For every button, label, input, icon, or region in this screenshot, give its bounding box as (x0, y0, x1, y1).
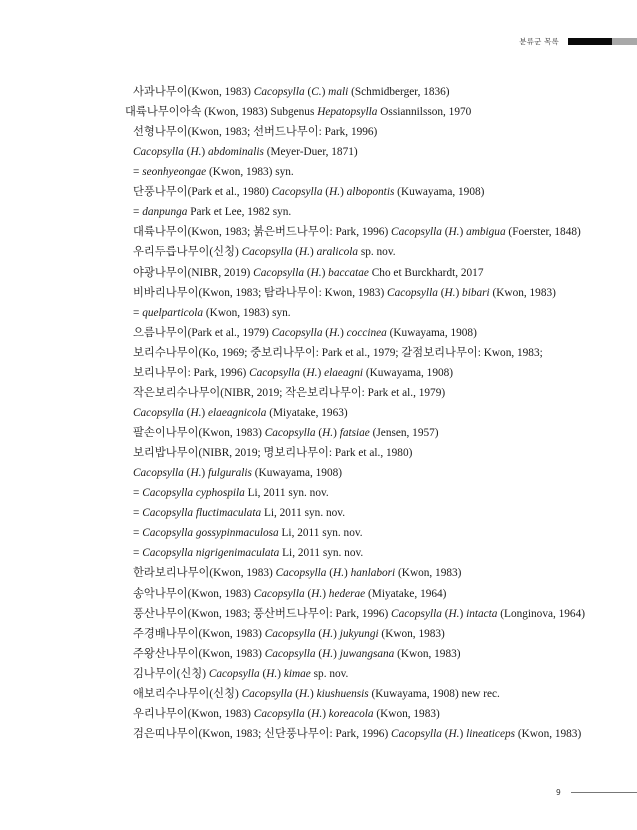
taxon-entry: = danpunga Park et Lee, 1982 syn. (133, 205, 291, 219)
scientific-name: Cacopsylla (391, 226, 442, 238)
taxon-entry: 보리나무이: Park, 1996) Cacopsylla (H.) elaea… (133, 366, 453, 380)
scientific-name: bibari (462, 287, 490, 299)
entry-text: Park et Lee, 1982 syn. (187, 206, 291, 218)
taxon-entry: 우리두릅나무이(신칭) Cacopsylla (H.) aralicola sp… (133, 245, 396, 259)
scientific-name: baccatae (328, 267, 369, 279)
taxon-entry: Cacopsylla (H.) abdominalis (Meyer-Duer,… (133, 145, 358, 159)
taxon-entry: 풍산나무이(Kwon, 1983; 풍산버드나무이: Park, 1996) C… (133, 607, 585, 621)
entry-text: (Kwon, 1983) (395, 567, 461, 579)
entry-text: Cho et Burckhardt, 2017 (369, 267, 484, 279)
entry-text: = (133, 487, 142, 499)
scientific-name: Cacopsylla (133, 407, 184, 419)
scientific-name: Cacopsylla (249, 367, 300, 379)
taxon-entry: 작은보리수나무이(NIBR, 2019; 작은보리나무이: Park et al… (133, 386, 445, 400)
taxon-entry: 팔손이나무이(Kwon, 1983) Cacopsylla (H.) fatsi… (133, 426, 439, 440)
scientific-name: juwangsana (340, 648, 395, 660)
scientific-name: danpunga (142, 206, 187, 218)
entry-text: (Kwon, 1983) (515, 728, 581, 740)
entry-text: (Kuwayama, 1908) (252, 467, 342, 479)
entry-text: 야광나무이(NIBR, 2019) (133, 267, 253, 279)
scientific-name: Cacopsylla (265, 427, 316, 439)
entry-text: (Foerster, 1848) (506, 226, 581, 238)
entry-text: (Miyatake, 1964) (365, 588, 446, 600)
scientific-name: Cacopsylla (253, 267, 304, 279)
entry-text: (Kwon, 1983) syn. (203, 307, 291, 319)
taxon-entry: Cacopsylla (H.) elaeagnicola (Miyatake, … (133, 406, 348, 420)
page-header: 분류군 목록 (519, 34, 637, 48)
scientific-name: Cacopsylla (209, 668, 260, 680)
scientific-name: H. (322, 648, 333, 660)
taxon-entry: 사과나무이(Kwon, 1983) Cacopsylla (C.) mali (… (133, 85, 450, 99)
entry-text: 단풍나무이(Park et al., 1980) (133, 186, 272, 198)
scientific-name: jukyungi (340, 628, 379, 640)
scientific-name: seonhyeongae (142, 166, 206, 178)
entry-text: 사과나무이(Kwon, 1983) (133, 86, 254, 98)
entry-text: 애보리수나무이(신칭) (133, 688, 242, 700)
scientific-name: H. (311, 588, 322, 600)
entry-text: = (133, 527, 142, 539)
scientific-name: hederae (329, 588, 365, 600)
entry-text: (Kwon, 1983) (374, 708, 440, 720)
entry-text: 비바리나무이(Kwon, 1983; 탐라나무이: Kwon, 1983) (133, 287, 387, 299)
entry-text: 우리두릅나무이(신칭) (133, 246, 242, 258)
scientific-name: H. (322, 427, 333, 439)
entry-text: sp. nov. (311, 668, 349, 680)
scientific-name: intacta (466, 608, 497, 620)
entry-text: (Kuwayama, 1908) new rec. (369, 688, 500, 700)
scientific-name: H. (329, 186, 340, 198)
scientific-name: H. (299, 246, 310, 258)
taxon-entry: 검은띠나무이(Kwon, 1983; 신단풍나무이: Park, 1996) C… (133, 727, 581, 741)
entry-text: 주왕산나무이(Kwon, 1983) (133, 648, 265, 660)
scientific-name: H. (190, 407, 201, 419)
scientific-name: ambigua (466, 226, 506, 238)
entry-text: ( (300, 367, 307, 379)
taxon-entry: 야광나무이(NIBR, 2019) Cacopsylla (H.) baccat… (133, 266, 483, 280)
entry-text: (Kwon, 1983) (490, 287, 556, 299)
entry-text: 보리수나무이(Ko, 1969; 중보리나무이: Park et al., 19… (133, 347, 543, 359)
entry-text: (Longinova, 1964) (497, 608, 585, 620)
scientific-name: H. (311, 708, 322, 720)
entry-text: ) (310, 246, 317, 258)
taxon-entry: = seonhyeongae (Kwon, 1983) syn. (133, 165, 294, 179)
scientific-name: Cacopsylla (242, 246, 293, 258)
taxon-entry: = Cacopsylla fluctimaculata Li, 2011 syn… (133, 506, 345, 520)
taxon-entry: Cacopsylla (H.) fulguralis (Kuwayama, 19… (133, 466, 342, 480)
scientific-name: albopontis (347, 186, 395, 198)
scientific-name: H. (448, 728, 459, 740)
scientific-name: H. (311, 267, 322, 279)
taxon-entry: 송악나무이(Kwon, 1983) Cacopsylla (H.) hedera… (133, 587, 446, 601)
entry-text: Li, 2011 syn. nov. (261, 507, 345, 519)
entry-text: (Kuwayama, 1908) (387, 327, 477, 339)
scientific-name: quelparticola (142, 307, 203, 319)
entry-text: ) (333, 427, 340, 439)
scientific-name: Cacopsylla (391, 728, 442, 740)
scientific-name: Cacopsylla (133, 146, 184, 158)
taxon-entry: = Cacopsylla nigrigenimaculata Li, 2011 … (133, 546, 363, 560)
entry-text: (Kuwayama, 1908) (363, 367, 453, 379)
header-bar-light (612, 38, 637, 45)
entry-text: ) (340, 327, 347, 339)
scientific-name: Cacopsylla fluctimaculata (142, 507, 261, 519)
scientific-name: hanlabori (351, 567, 396, 579)
scientific-name: Cacopsylla nigrigenimaculata (142, 547, 279, 559)
entry-text: 대륙나무이(Kwon, 1983; 붉은버드나무이: Park, 1996) (133, 226, 391, 238)
taxon-entry: = Cacopsylla cyphospila Li, 2011 syn. no… (133, 486, 329, 500)
scientific-name: C. (311, 86, 321, 98)
scientific-name: Cacopsylla cyphospila (142, 487, 245, 499)
scientific-name: H. (299, 688, 310, 700)
entry-text: 대륙나무이아속 (Kwon, 1983) Subgenus (125, 106, 317, 118)
entry-text: ) (277, 668, 284, 680)
entry-text: (Kwon, 1983) syn. (206, 166, 294, 178)
header-bar-dark (568, 38, 612, 45)
entry-text: ) (333, 648, 340, 660)
scientific-name: coccinea (347, 327, 387, 339)
scientific-name: elaeagni (324, 367, 363, 379)
taxon-entry: 애보리수나무이(신칭) Cacopsylla (H.) kiushuensis … (133, 687, 500, 701)
scientific-name: H. (448, 226, 459, 238)
entry-text: ) (344, 567, 351, 579)
entry-text: sp. nov. (358, 246, 396, 258)
taxon-entry: 단풍나무이(Park et al., 1980) Cacopsylla (H.)… (133, 185, 484, 199)
entry-text: 검은띠나무이(Kwon, 1983; 신단풍나무이: Park, 1996) (133, 728, 391, 740)
taxon-entry: 보리수나무이(Ko, 1969; 중보리나무이: Park et al., 19… (133, 346, 543, 360)
scientific-name: H. (333, 567, 344, 579)
taxon-entry: 비바리나무이(Kwon, 1983; 탐라나무이: Kwon, 1983) Ca… (133, 286, 556, 300)
entry-text: (Kwon, 1983) (379, 628, 445, 640)
scientific-name: lineaticeps (466, 728, 515, 740)
taxon-entry: 선형나무이(Kwon, 1983; 선버드나무이: Park, 1996) (133, 125, 377, 139)
scientific-name: H. (266, 668, 277, 680)
entry-text: (Schmidberger, 1836) (348, 86, 449, 98)
page-number: 9 (556, 788, 561, 797)
scientific-name: Cacopsylla (276, 567, 327, 579)
scientific-name: aralicola (317, 246, 358, 258)
page-footer: 9 (556, 788, 637, 797)
scientific-name: Cacopsylla gossypinmaculosa (142, 527, 279, 539)
entry-text: Li, 2011 syn. nov. (279, 527, 363, 539)
entry-text: (Kwon, 1983) (394, 648, 460, 660)
scientific-name: Cacopsylla (254, 86, 305, 98)
entry-text: (Jensen, 1957) (370, 427, 439, 439)
entry-text: (Miyatake, 1963) (266, 407, 347, 419)
taxon-entry: 주경배나무이(Kwon, 1983) Cacopsylla (H.) jukyu… (133, 627, 445, 641)
entry-text: 주경배나무이(Kwon, 1983) (133, 628, 265, 640)
entry-text: (Meyer-Duer, 1871) (264, 146, 358, 158)
scientific-name: Cacopsylla (387, 287, 438, 299)
scientific-name: H. (322, 628, 333, 640)
scientific-name: fulguralis (208, 467, 252, 479)
scientific-name: Cacopsylla (254, 588, 305, 600)
scientific-name: fatsiae (340, 427, 370, 439)
entry-text: 한라보리나무이(Kwon, 1983) (133, 567, 276, 579)
entry-text: ) (333, 628, 340, 640)
entry-text: Li, 2011 syn. nov. (279, 547, 363, 559)
scientific-name: Cacopsylla (272, 186, 323, 198)
entry-text: ( (304, 267, 311, 279)
entry-text: = (133, 307, 142, 319)
entry-text: ) (322, 708, 329, 720)
entry-text: ) (340, 186, 347, 198)
scientific-name: H. (190, 146, 201, 158)
entry-text: 송악나무이(Kwon, 1983) (133, 588, 254, 600)
taxon-entry: 대륙나무이아속 (Kwon, 1983) Subgenus Hepatopsyl… (125, 105, 471, 119)
taxon-entry: 김나무이(신칭) Cacopsylla (H.) kimae sp. nov. (133, 667, 348, 681)
scientific-name: mali (328, 86, 348, 98)
entry-text: 으름나무이(Park et al., 1979) (133, 327, 272, 339)
section-title: 분류군 목록 (519, 36, 559, 47)
entry-text: 풍산나무이(Kwon, 1983; 풍산버드나무이: Park, 1996) (133, 608, 391, 620)
entry-text: = (133, 206, 142, 218)
scientific-name: Hepatopsylla (317, 106, 377, 118)
scientific-name: elaeagnicola (208, 407, 266, 419)
entry-text: 우리나무이(Kwon, 1983) (133, 708, 254, 720)
taxon-entry: 보리밥나무이(NIBR, 2019; 명보리나무이: Park et al., … (133, 446, 412, 460)
scientific-name: H. (329, 327, 340, 339)
taxon-entry: = Cacopsylla gossypinmaculosa Li, 2011 s… (133, 526, 363, 540)
taxon-entry: = quelparticola (Kwon, 1983) syn. (133, 306, 291, 320)
scientific-name: Cacopsylla (265, 648, 316, 660)
entry-text: ) (322, 588, 329, 600)
entry-text: 팔손이나무이(Kwon, 1983) (133, 427, 265, 439)
scientific-name: Cacopsylla (265, 628, 316, 640)
scientific-name: H. (190, 467, 201, 479)
entry-text: Li, 2011 syn. nov. (245, 487, 329, 499)
entry-text: = (133, 507, 142, 519)
entry-text: 보리밥나무이(NIBR, 2019; 명보리나무이: Park et al., … (133, 447, 412, 459)
entry-text: 선형나무이(Kwon, 1983; 선버드나무이: Park, 1996) (133, 126, 377, 138)
scientific-name: Cacopsylla (242, 688, 293, 700)
scientific-name: kiushuensis (317, 688, 369, 700)
entry-text: 보리나무이: Park, 1996) (133, 367, 249, 379)
scientific-name: koreacola (329, 708, 374, 720)
scientific-name: kimae (284, 668, 311, 680)
entry-text: = (133, 166, 142, 178)
taxon-entry: 대륙나무이(Kwon, 1983; 붉은버드나무이: Park, 1996) C… (133, 225, 581, 239)
footer-rule (571, 792, 637, 793)
taxon-entry: 우리나무이(Kwon, 1983) Cacopsylla (H.) koreac… (133, 707, 440, 721)
entry-text: Ossiannilsson, 1970 (377, 106, 471, 118)
entry-text: 작은보리수나무이(NIBR, 2019; 작은보리나무이: Park et al… (133, 387, 445, 399)
scientific-name: H. (448, 608, 459, 620)
scientific-name: Cacopsylla (391, 608, 442, 620)
scientific-name: Cacopsylla (272, 327, 323, 339)
entry-text: (Kuwayama, 1908) (394, 186, 484, 198)
taxon-entry: 주왕산나무이(Kwon, 1983) Cacopsylla (H.) juwan… (133, 647, 461, 661)
entry-text: ) (310, 688, 317, 700)
scientific-name: abdominalis (208, 146, 264, 158)
scientific-name: Cacopsylla (254, 708, 305, 720)
scientific-name: H. (307, 367, 318, 379)
entry-text: 김나무이(신칭) (133, 668, 209, 680)
taxon-entry: 으름나무이(Park et al., 1979) Cacopsylla (H.)… (133, 326, 477, 340)
scientific-name: H. (444, 287, 455, 299)
taxon-entry: 한라보리나무이(Kwon, 1983) Cacopsylla (H.) hanl… (133, 566, 461, 580)
scientific-name: Cacopsylla (133, 467, 184, 479)
entry-text: = (133, 547, 142, 559)
